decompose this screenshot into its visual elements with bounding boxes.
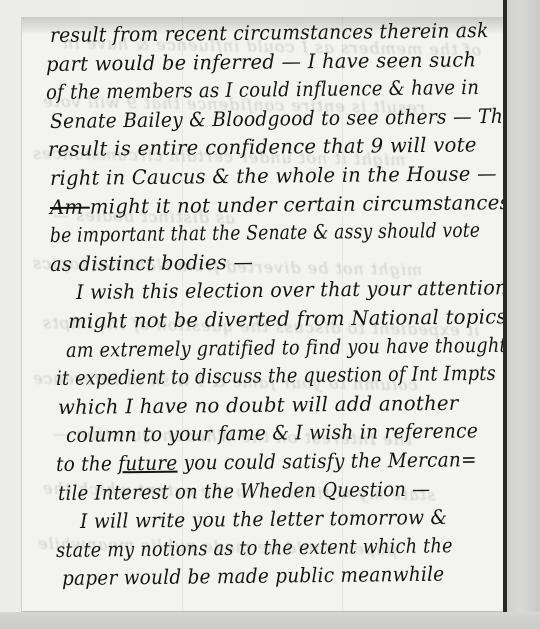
scan-bottom-strip [0, 612, 540, 629]
scan-right-margin [507, 0, 540, 629]
handwritten-text-lower [21, 17, 503, 612]
page-right-edge [503, 0, 507, 629]
